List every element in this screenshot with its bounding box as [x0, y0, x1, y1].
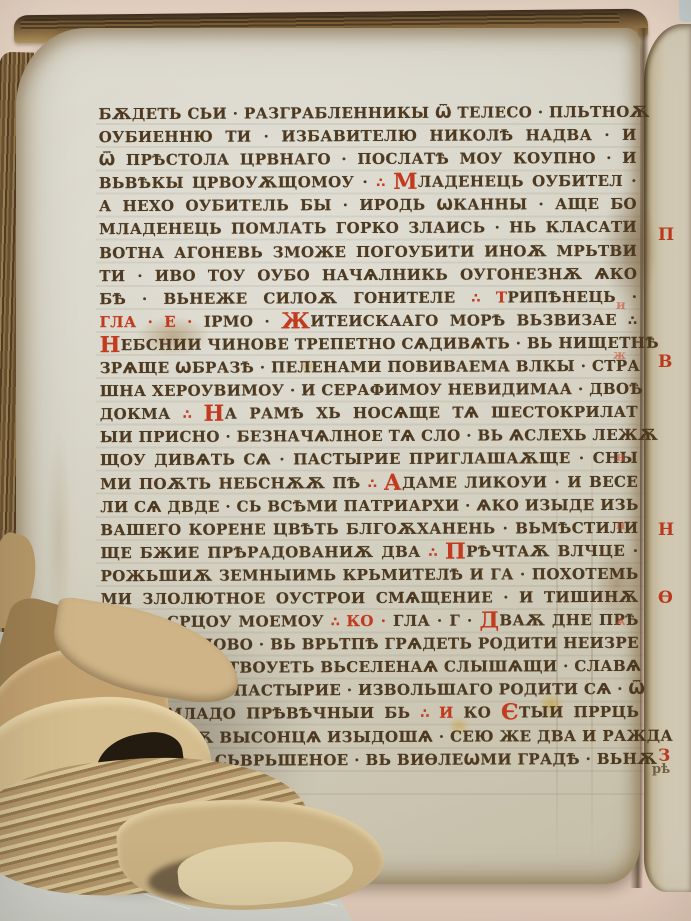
manuscript-line-12: ЗРѦЩЕ ѠБРАЗѢ · ПЕЛЕНАМИ ПОВИВАЕМА ВЛКЫ ·… [100, 355, 638, 380]
text-segment: ЩОУ ДИВѦТЬ СѦ · ПАСТЫРИЕ ПРИГЛАШАѪЩЕ · С… [100, 449, 638, 469]
facing-page-rubric-letter: В [658, 352, 672, 372]
text-segment: ІРМО · [204, 312, 281, 330]
text-segment: ВОТНА АГОНЕВЬ ЗМОЖЕ ПОГОУБИТИ ИНОѪ МРЬТВ… [99, 241, 637, 261]
manuscript-line-6: МЛАДЕНЕЦЬ ПОМЛАТЬ ГОРКО ЗЛАИСЬ · НЬ КЛАС… [99, 216, 637, 241]
text-segment: ВАѪ ДНЕ ПРѢ [499, 611, 638, 630]
rubric-initial: Н [203, 401, 224, 427]
text-segment: РИПѢНЕЦЬ · [507, 288, 637, 307]
text-segment: ЗРѦЩЕ ѠБРАЗѢ · ПЕЛЕНАМИ ПОВИВАЕМА ВЛКЫ ·… [100, 357, 641, 377]
separator-mark: ∴ [628, 314, 638, 329]
manuscript-line-10: ГЛА · Е · ІРМО · ЖИТЕИСКААГО МОРѢ ВЬЗВИЗ… [99, 309, 637, 334]
rubric-segment: ∴ [471, 291, 496, 306]
manuscript-line-3: Ѿ ПРѢСТОЛА ЦРВНАГО · ПОСЛАТѢ МОУ КОУПНО … [99, 147, 637, 172]
rubric-initial: Є [501, 700, 519, 726]
manuscript-line-9: БѢ · ВЬНЕЖЕ СИЛОѪ ГОНИТЕЛЕ ∴ ТРИПѢНЕЦЬ · [99, 286, 637, 311]
text-segment: ШНА ХЕРОУВИМОУ · И СЕРАФИМОУ НЕВИДИМАА ·… [100, 380, 643, 400]
rubric-segment: ГЛА · Е · [99, 313, 203, 331]
rubric-initial: М [393, 169, 418, 195]
manuscript-line-11: НЕБСНИИ ЧИНОВЕ ТРЕПЕТНО СѦДИВѦТЬ · ВЬ НИ… [100, 332, 638, 357]
manuscript-line-19: ВАШЕГО КОРЕНЕ ЦВѢТЬ БЛГОѪХАНЕНЬ · ВЬМѢСТ… [100, 517, 638, 542]
manuscript-line-17: МИ ПОѪТЬ НЕБСНѪѪ ПѢ ∴ АДАМЕ ЛИКОУИ · И В… [100, 470, 638, 495]
manuscript-line-14: ДОКМА ∴ НА РАМѢ ХЬ НОСѦЩЕ ТѦ ШЕСТОКРИЛАТ [100, 401, 638, 426]
text-segment: РОЖЬШИѪ ЗЕМНЫИМЬ КРЬМИТЕЛѢ И ГА · ПОХОТЕ… [101, 565, 639, 585]
manuscript-line-20: ЩЕ БЖИЕ ПРѢРАДОВАНИѪ ДВА ∴ ПРѢЧТАѪ ВЛЧЦЕ… [100, 540, 638, 565]
text-segment: ВЬВѢКЫ ЦРВОУѪЩОМОУ · [99, 173, 376, 192]
text-segment: ЫИ ПРИСНО · БЕЗНАЧѦЛНОЕ ТѦ СЛО · ВЬ ѦСЛЕ… [100, 426, 658, 446]
rubric-segment: ∴ [368, 476, 384, 491]
facing-page-rubric-letter: Н [658, 520, 674, 540]
text-segment: ИТЕИСКААГО МОРѢ ВЬЗВИЗАЕ [310, 311, 628, 330]
manuscript-line-2: ОУБИЕННЮ ТИ · ИЗБАВИТЕЛЮ НИКОЛѢ НАДВА · … [99, 124, 637, 149]
text-segment: ЛАДЕНЕЦЬ ОУБИТЕЛ · [418, 172, 637, 191]
manuscript-photo: ПВНѲЗрѣ БѪДЕТЬ СЬИ · РАЗГРАБЛЕННИКЫ Ѿ ТЕ… [0, 0, 691, 921]
rubric-segment: ∴ [376, 176, 393, 191]
wall-corner-patch [679, 0, 691, 22]
manuscript-line-13: ШНА ХЕРОУВИМОУ · И СЕРАФИМОУ НЕВИДИМАА ·… [100, 378, 638, 403]
rubric-initial: Н [100, 332, 121, 358]
manuscript-line-21: РОЖЬШИѪ ЗЕМНЫИМЬ КРЬМИТЕЛѢ И ГА · ПОХОТЕ… [101, 563, 639, 588]
text-segment: МИ ПОѪТЬ НЕБСНѪѪ ПѢ [100, 474, 368, 493]
text-segment: ДОКМА [100, 405, 183, 423]
manuscript-line-4: ВЬВѢКЫ ЦРВОУѪЩОМОУ · ∴ МЛАДЕНЕЦЬ ОУБИТЕЛ… [99, 170, 637, 195]
rubric-segment: ∴ [183, 408, 204, 423]
text-segment: ЩЕ БЖИЕ ПРѢРАДОВАНИѪ ДВА [100, 543, 428, 562]
text-segment: ДАМЕ ЛИКОУИ · И ВЕСЕ [402, 472, 638, 491]
text-segment: Ѿ ПРѢСТОЛА ЦРВНАГО · ПОСЛАТѢ МОУ КОУПНО … [99, 149, 637, 169]
text-segment: ТЫИ ПРРЦЬ [519, 703, 639, 722]
rubric-segment: ∴ [331, 615, 347, 630]
rubric-segment: И [439, 704, 464, 722]
rubric-segment: ∴ [420, 707, 439, 722]
rubric-initial: Ж [281, 308, 310, 334]
text-segment: РѢЧТАѪ ВЛЧЦЕ · [466, 542, 638, 561]
text-segment: А РАМѢ ХЬ НОСѦЩЕ ТѦ ШЕСТОКРИЛАТ [225, 403, 638, 423]
rubric-segment: Т [496, 288, 508, 306]
text-segment: А НЕХО ОУБИТЕЛЬ БЫ · ИРОДЬ ѠКАННЫ · АЩЕ … [99, 195, 637, 215]
rubric-initial: А [384, 469, 402, 495]
manuscript-line-8: ТИ · ИВО ТОУ ОУБО НАЧѦЛНИКЬ ОУГОНЕЗНѪ ѦК… [99, 262, 637, 287]
rubric-initial: П [445, 538, 466, 564]
facing-page-rubric-letter: Ѳ [658, 588, 673, 608]
rubric-segment: КО · [346, 612, 393, 630]
manuscript-line-16: ЩОУ ДИВѦТЬ СѦ · ПАСТЫРИЕ ПРИГЛАШАѪЩЕ · С… [100, 447, 638, 472]
manuscript-line-7: ВОТНА АГОНЕВЬ ЗМОЖЕ ПОГОУБИТИ ИНОѪ МРЬТВ… [99, 239, 637, 264]
text-segment: КО [464, 704, 502, 722]
text-segment: ОУБИЕННЮ ТИ · ИЗБАВИТЕЛЮ НИКОЛѢ НАДВА · … [99, 126, 637, 146]
manuscript-line-5: А НЕХО ОУБИТЕЛЬ БЫ · ИРОДЬ ѠКАННЫ · АЩЕ … [99, 193, 637, 218]
text-segment: ГЛА · Г · [393, 612, 479, 630]
manuscript-line-15: ЫИ ПРИСНО · БЕЗНАЧѦЛНОЕ ТѦ СЛО · ВЬ ѦСЛЕ… [100, 424, 638, 449]
rubric-initial: Д [479, 607, 499, 633]
facing-page-rubric-letter: П [658, 225, 674, 245]
manuscript-line-18: ЛИ СѦ ДВДЕ · СЬ ВСѢМИ ПАТРИАРХИ · ѦКО ИЗ… [100, 493, 638, 518]
text-segment: МЛАДЕНЕЦЬ ПОМЛАТЬ ГОРКО ЗЛАИСЬ · НЬ КЛАС… [99, 218, 637, 238]
text-segment: БѪДЕТЬ СЬИ · РАЗГРАБЛЕННИКЫ Ѿ ТЕЛЕСО · П… [99, 103, 650, 123]
text-segment: ЛИ СѦ ДВДЕ · СЬ ВСѢМИ ПАТРИАРХИ · ѦКО ИЗ… [100, 495, 639, 515]
text-segment: БѢ · ВЬНЕЖЕ СИЛОѪ ГОНИТЕЛЕ [99, 288, 471, 308]
text-segment: ТИ · ИВО ТОУ ОУБО НАЧѦЛНИКЬ ОУГОНЕЗНѪ ѦК… [99, 264, 637, 284]
text-segment: ЕБСНИИ ЧИНОВЕ ТРЕПЕТНО СѦДИВѦТЬ · ВЬ НИЩ… [121, 334, 659, 354]
text-segment: ВАШЕГО КОРЕНЕ ЦВѢТЬ БЛГОѪХАНЕНЬ · ВЬМѢСТ… [100, 519, 638, 539]
manuscript-line-1: БѪДЕТЬ СЬИ · РАЗГРАБЛЕННИКЫ Ѿ ТЕЛЕСО · П… [99, 101, 637, 126]
rubric-segment: ∴ [428, 545, 445, 560]
